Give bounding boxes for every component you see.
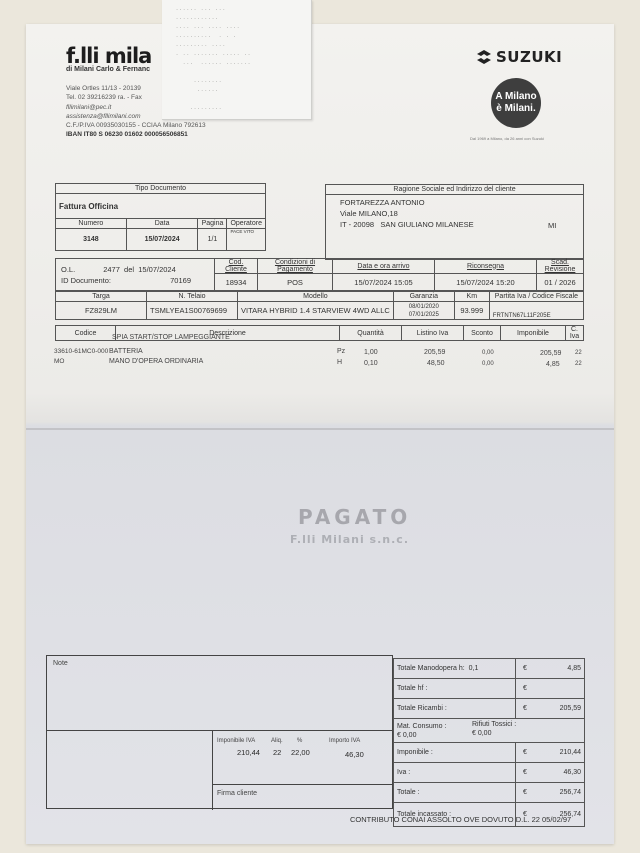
customer-label: Ragione Sociale ed Indirizzo del cliente [326, 185, 584, 195]
line-note: SPIA START/STOP LAMPEGGIANTE [112, 334, 230, 341]
currency-symbol: € [516, 783, 535, 803]
garanzia-value: 08/01/202007/01/2025 [393, 302, 454, 320]
item-qta: 1,00 [364, 349, 378, 356]
notes-iva-box: Note Imponibile IVA Aliq. % Importo IVA … [46, 655, 393, 809]
iban-label: IBAN [66, 131, 82, 138]
note-label: Note [53, 660, 68, 667]
numero-value: 3148 [56, 229, 127, 251]
arrivo-value: 15/07/2024 15:05 [333, 274, 435, 291]
garanzia-date-2: 07/01/2025 [397, 311, 451, 319]
currency-symbol: € [516, 743, 535, 763]
iva-perc-value: 22,00 [291, 748, 310, 757]
totals-table: Totale Manodopera h: 0,1 € 4,85 Totale h… [393, 658, 585, 827]
item-civa: 22 [575, 361, 582, 367]
item-civa: 22 [575, 350, 582, 356]
paid-stamp-company: F.lli Milani s.n.c. [290, 533, 409, 546]
imponibile-label: Imponibile : [394, 743, 516, 763]
divider [212, 730, 213, 810]
pagamento-label: Condizioni di Pagamento [258, 259, 333, 274]
company-subtitle: di Milani Carlo & Fernanc [66, 66, 150, 73]
conai-footer: CONTRIBUTO CONAI ASSOLTO OVE DOVUTO D.L.… [350, 815, 571, 824]
total-row-imponibile: Imponibile : € 210,44 [394, 743, 585, 763]
total-row-iva: Iva : € 46,30 [394, 763, 585, 783]
item-um: Pz [337, 348, 345, 355]
pagamento-value: POS [258, 274, 333, 291]
item-sconto: 0,00 [482, 350, 494, 356]
cod-cliente-value: 18934 [215, 274, 258, 291]
rifiuti-value: € 0,00 [472, 729, 491, 738]
badge-line1: A Milano [495, 91, 536, 103]
ricambi-value: 205,59 [534, 699, 585, 719]
ol-line: O.L.2477 del 15/07/2024 [61, 264, 209, 275]
customer-postcode: IT - 20098 [340, 220, 374, 229]
id-label: ID Documento: [61, 276, 111, 285]
tipo-documento: Fattura Officina [56, 194, 266, 219]
pagina-value: 1/1 [198, 229, 227, 251]
firma-cliente-label: Firma cliente [217, 790, 257, 797]
item-listino: 48,50 [427, 360, 445, 367]
brand-badge: A Milanoè Milani. [491, 78, 541, 128]
riconsegna-label: Riconsegna [435, 259, 537, 274]
customer-street: Viale MILANO,18 [340, 208, 569, 219]
customer-table: Ragione Sociale ed Indirizzo del cliente… [325, 184, 584, 260]
currency-symbol: € [516, 763, 535, 783]
col-codice: Codice [56, 326, 116, 341]
brand-logo: SUZUKI [476, 48, 562, 66]
data-label: Data [126, 219, 198, 229]
telaio-value: TSMLYEA1S00769699 [147, 302, 238, 320]
total-row-ricambi: Totale Ricambi : € 205,59 [394, 699, 585, 719]
company-logo: f.lli mila [66, 44, 151, 68]
garanzia-date-1: 08/01/2020 [397, 303, 451, 311]
item-sconto: 0,00 [482, 361, 494, 367]
km-label: Km [454, 292, 489, 302]
iva-importo-label: Importo IVA [329, 738, 360, 744]
iva-label: Iva : [394, 763, 516, 783]
telaio-label: N. Telaio [147, 292, 238, 302]
numero-label: Numero [56, 219, 127, 229]
iva-importo-value: 46,30 [345, 750, 364, 759]
badge-line2: è Milani. [495, 103, 536, 115]
col-sconto: Sconto [464, 326, 501, 341]
pos-receipt: ...... ... ... ............ .... ... ...… [162, 0, 312, 120]
item-codice: 33610-61MC0-000 [54, 348, 108, 355]
document-info-table: Tipo Documento Fattura Officina Numero D… [55, 183, 266, 251]
manodopera-label: Totale Manodopera h: [397, 665, 465, 672]
brand-tagline: Dal 1969 a Milano, da 26 anni con Suzuki [470, 136, 544, 141]
manodopera-label-cell: Totale Manodopera h: 0,1 [394, 659, 516, 679]
suzuki-s-icon [476, 50, 492, 64]
ricambi-label: Totale Ricambi : [394, 699, 516, 719]
currency-symbol: € [516, 699, 535, 719]
divider [47, 730, 392, 731]
data-value: 15/07/2024 [126, 229, 198, 251]
item-descrizione: BATTERIA [109, 348, 143, 355]
hf-value [534, 679, 585, 699]
manodopera-hours: 0,1 [469, 665, 479, 672]
tipo-documento-label: Tipo Documento [56, 184, 266, 194]
order-info-table: O.L.2477 del 15/07/2024 ID Documento:701… [55, 258, 584, 291]
customer-province: MI [548, 220, 556, 231]
total-row-manodopera: Totale Manodopera h: 0,1 € 4,85 [394, 659, 585, 679]
imponibile-value: 210,44 [534, 743, 585, 763]
operatore-label: Operatore [227, 219, 266, 229]
iva-imponibile-label: Imponibile IVA [217, 738, 255, 744]
rifiuti-label: Rifiuti Tossici : [472, 720, 516, 729]
col-listino: Listino Iva [402, 326, 464, 341]
modello-label: Modello [238, 292, 394, 302]
company-iban: IBAN IT80 S 06230 01602 000056506851 [66, 130, 206, 139]
vehicle-info-table: Targa N. Telaio Modello Garanzia Km Part… [55, 291, 584, 320]
item-codice: MO [54, 358, 64, 365]
revisione-value: 01 / 2026 [537, 274, 584, 291]
piva-value: FRTNTN67L11F205E [489, 302, 583, 320]
total-row-hf: Totale hf : € [394, 679, 585, 699]
currency-symbol: € [516, 679, 535, 699]
garanzia-label: Garanzia [393, 292, 454, 302]
iva-aliq-label: Aliq. [271, 738, 283, 744]
iva-value: 46,30 [534, 763, 585, 783]
company-vat: C.F./P.IVA 00935030155 - CCIAA Milano 79… [66, 121, 206, 130]
iva-perc-label: % [297, 738, 302, 744]
ol-number: 2477 [103, 265, 120, 274]
operatore-value: PACE VITO [227, 229, 266, 251]
divider [212, 784, 393, 785]
id-value: 70169 [170, 275, 191, 286]
totale-value: 256,74 [534, 783, 585, 803]
modello-value: VITARA HYBRID 1.4 STARVIEW 4WD ALLC [238, 302, 394, 320]
consumo-cell: Mat. Consumo : € 0,00 Rifiuti Tossici : … [394, 719, 585, 743]
hf-label: Totale hf : [394, 679, 516, 699]
brand-name: SUZUKI [496, 48, 562, 66]
currency-symbol: € [516, 659, 535, 679]
km-value: 93.999 [454, 302, 489, 320]
cod-cliente-label: Cod. Cliente [215, 259, 258, 274]
ol-del-label: del [124, 265, 134, 274]
customer-city: SAN GIULIANO MILANESE [380, 220, 473, 229]
arrivo-label: Data e ora arrivo [333, 259, 435, 274]
customer-city-line: IT - 20098 SAN GIULIANO MILANESEMI [340, 219, 569, 230]
item-imponibile: 205,59 [540, 350, 561, 357]
paid-stamp: PAGATO [298, 505, 411, 529]
item-imponibile: 4,85 [546, 361, 560, 368]
manodopera-value: 4,85 [534, 659, 585, 679]
item-descrizione: MANO D'OPERA ORDINARIA [109, 358, 203, 365]
targa-label: Targa [56, 292, 147, 302]
riconsegna-value: 15/07/2024 15:20 [435, 274, 537, 291]
item-um: H [337, 359, 342, 366]
total-row-totale: Totale : € 256,74 [394, 783, 585, 803]
piva-label: Partita Iva / Codice Fiscale [489, 292, 583, 302]
customer-address-cell: FORTAREZZA ANTONIO Viale MILANO,18 IT - … [326, 195, 584, 260]
item-qta: 0,10 [364, 360, 378, 367]
ol-date: 15/07/2024 [138, 265, 176, 274]
customer-name: FORTAREZZA ANTONIO [340, 197, 569, 208]
totale-label: Totale : [394, 783, 516, 803]
total-row-consumo: Mat. Consumo : € 0,00 Rifiuti Tossici : … [394, 719, 585, 743]
revisione-label: Scad. Revisione [537, 259, 584, 274]
paper-fold [26, 428, 614, 430]
iva-aliq-value: 22 [273, 748, 281, 757]
targa-value: FZ829LM [56, 302, 147, 320]
pagina-label: Pagina [198, 219, 227, 229]
iva-imponibile-value: 210,44 [237, 748, 260, 757]
item-listino: 205,59 [424, 349, 445, 356]
ol-label: O.L. [61, 265, 75, 274]
id-line: ID Documento:70169 [61, 275, 209, 286]
ol-cell: O.L.2477 del 15/07/2024 ID Documento:701… [56, 259, 215, 291]
col-imponibile: Imponibile [501, 326, 566, 341]
iban-value: IT80 S 06230 01602 000056506851 [84, 131, 188, 138]
col-civa: C. Iva [566, 326, 584, 341]
col-quantita: Quantità [340, 326, 402, 341]
